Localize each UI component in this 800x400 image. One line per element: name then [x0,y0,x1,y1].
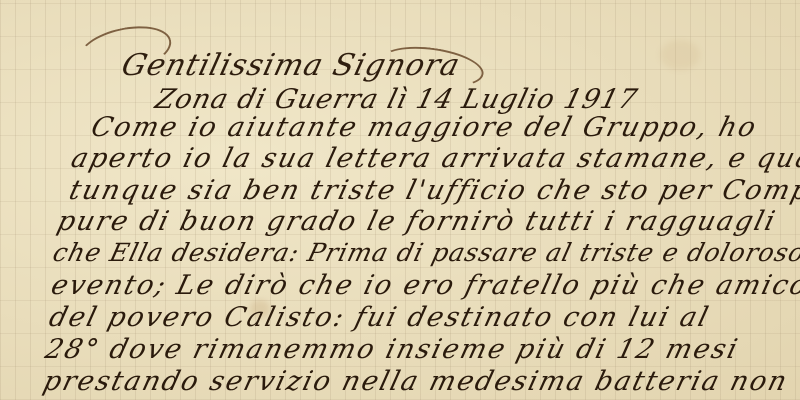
letter-line: pure di buon grado le fornirò tutti i ra… [54,206,780,237]
letter-page: Gentilissima Signora Zona di Guerra lì 1… [0,0,800,400]
salutation: Gentilissima Signora [118,48,464,83]
dateline: Zona di Guerra lì 14 Luglio 1917 [152,84,641,115]
letter-line: che Ella desidera: Prima di passare al t… [50,238,800,267]
paper-stain [660,40,700,70]
letter-line: prestando servizio nella medesima batter… [40,366,792,397]
letter-line: evento; Le dirò che io ero fratello più … [48,270,800,301]
letter-line: 28° dove rimanemmo insieme più di 12 mes… [42,334,742,365]
letter-line: Come io aiutante maggiore del Gruppo, ho [88,112,761,143]
letter-line: aperto io la sua lettera arrivata staman… [68,143,800,174]
letter-line: del povero Calisto: fui destinato con lu… [46,302,713,333]
letter-line: tunque sia ben triste l'ufficio che sto … [66,175,800,206]
